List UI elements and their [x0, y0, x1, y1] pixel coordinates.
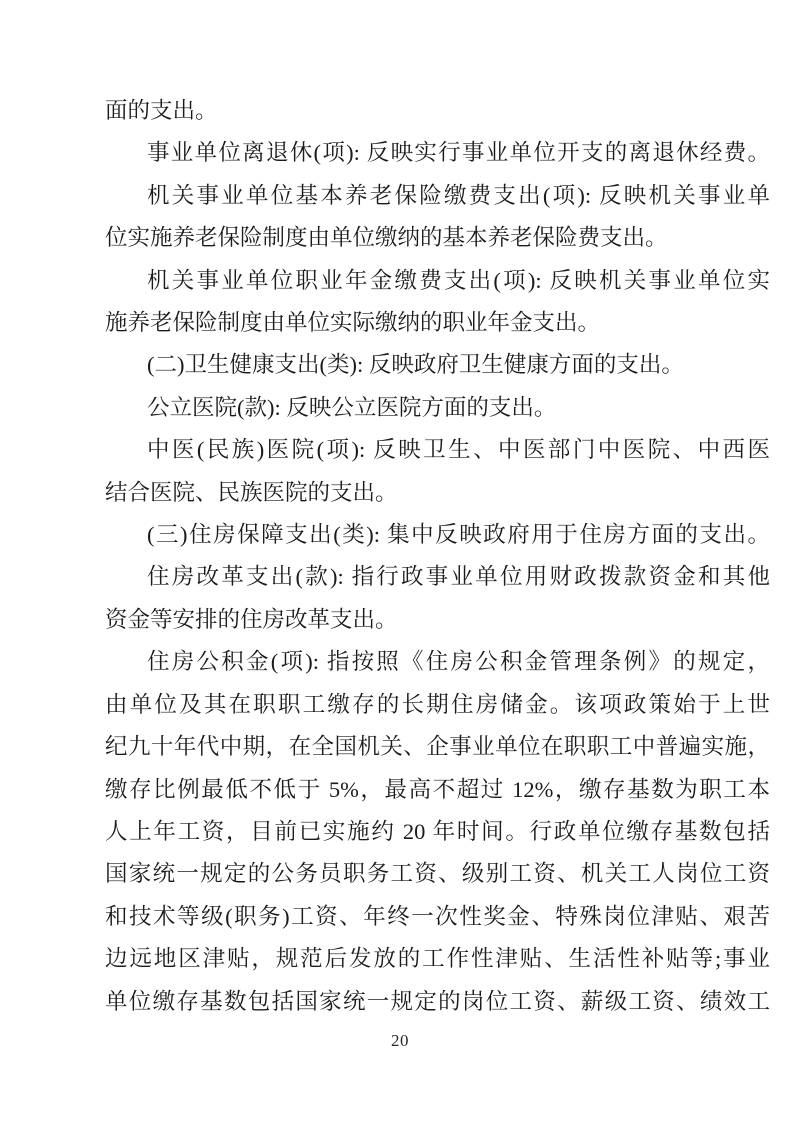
- text-line: 住房公积金(项): 指按照《住房公积金管理条例》的规定，: [105, 641, 770, 683]
- text-line: 和技术等级(职务)工资、年终一次性奖金、特殊岗位津贴、艰苦: [105, 896, 770, 938]
- page-number: 20: [0, 1031, 800, 1051]
- text-line: 施养老保险制度由单位实际缴纳的职业年金支出。: [105, 302, 770, 344]
- text-line: 中医(民族)医院(项): 反映卫生、中医部门中医院、中西医: [105, 429, 770, 471]
- text-line: 缴存比例最低不低于 5%，最高不超过 12%，缴存基数为职工本: [105, 769, 770, 811]
- text-line: 单位缴存基数包括国家统一规定的岗位工资、薪级工资、绩效工: [105, 981, 770, 1023]
- text-line: 住房改革支出(款): 指行政事业单位用财政拨款资金和其他: [105, 556, 770, 598]
- text-line: 事业单位离退休(项): 反映实行事业单位开支的离退休经费。: [105, 132, 770, 174]
- document-page: 面的支出。事业单位离退休(项): 反映实行事业单位开支的离退休经费。机关事业单位…: [0, 0, 800, 1131]
- text-line: 边远地区津贴，规范后发放的工作性津贴、生活性补贴等;事业: [105, 938, 770, 980]
- text-line: 资金等安排的住房改革支出。: [105, 599, 770, 641]
- text-line: 位实施养老保险制度由单位缴纳的基本养老保险费支出。: [105, 217, 770, 259]
- text-line: 面的支出。: [105, 90, 770, 132]
- text-line: 结合医院、民族医院的支出。: [105, 472, 770, 514]
- text-line: 机关事业单位基本养老保险缴费支出(项): 反映机关事业单: [105, 175, 770, 217]
- text-line: (三)住房保障支出(类): 集中反映政府用于住房方面的支出。: [105, 514, 770, 556]
- text-body: 面的支出。事业单位离退休(项): 反映实行事业单位开支的离退休经费。机关事业单位…: [105, 90, 770, 1023]
- text-line: 国家统一规定的公务员职务工资、级别工资、机关工人岗位工资: [105, 853, 770, 895]
- text-line: 公立医院(款): 反映公立医院方面的支出。: [105, 387, 770, 429]
- text-line: (二)卫生健康支出(类): 反映政府卫生健康方面的支出。: [105, 344, 770, 386]
- text-line: 机关事业单位职业年金缴费支出(项): 反映机关事业单位实: [105, 260, 770, 302]
- text-line: 人上年工资，目前已实施约 20 年时间。行政单位缴存基数包括: [105, 811, 770, 853]
- text-line: 由单位及其在职职工缴存的长期住房储金。该项政策始于上世: [105, 684, 770, 726]
- text-line: 纪九十年代中期，在全国机关、企事业单位在职职工中普遍实施，: [105, 726, 770, 768]
